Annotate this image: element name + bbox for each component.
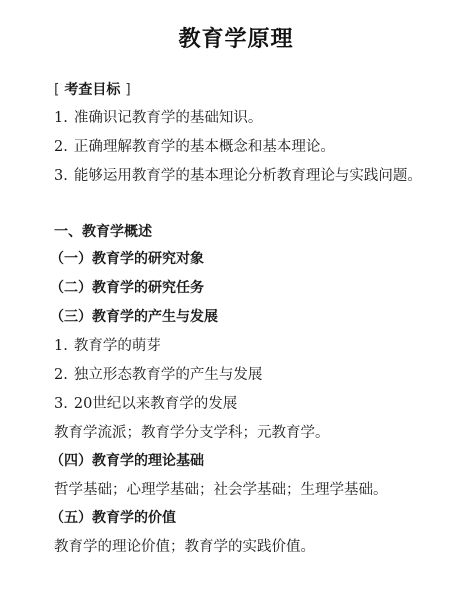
sub-item-number: 2.: [54, 367, 68, 383]
sub-item: 1.教育学的萌芽: [54, 337, 161, 355]
section-heading: （五）教育学的价值: [50, 509, 176, 527]
section-label: （四）: [50, 453, 92, 469]
section-heading: （三）教育学的产生与发展: [50, 308, 218, 326]
sub-item-text: 20世纪以来教育学的发展: [74, 396, 237, 412]
section-heading: （二）教育学的研究任务: [50, 279, 204, 297]
sub-item: 3.20世纪以来教育学的发展: [54, 395, 237, 413]
objective-item: 2.正确理解教育学的基本概念和基本理论。: [54, 138, 335, 156]
sub-item-text: 独立形态教育学的产生与发展: [74, 367, 263, 383]
section-heading: （一）教育学的研究对象: [50, 250, 204, 268]
objective-number: 2.: [54, 139, 68, 155]
value-note: 教育学的理论价值；教育学的实践价值。: [54, 538, 315, 556]
section-label: （五）: [50, 510, 92, 526]
objective-number: 3.: [54, 168, 68, 184]
objective-number: 1.: [54, 110, 68, 126]
section-label: （二）: [50, 280, 92, 296]
objective-text: 准确识记教育学的基础知识。: [74, 110, 263, 126]
section-label: （三）: [50, 309, 92, 325]
section-heading: （四）教育学的理论基础: [50, 452, 204, 470]
bracket-open: [: [54, 82, 59, 98]
objective-item: 1.准确识记教育学的基础知识。: [54, 109, 262, 127]
page-title: 教育学原理: [0, 22, 472, 53]
sub-item-text: 教育学的萌芽: [74, 338, 161, 354]
section-title: 教育学的价值: [92, 510, 176, 526]
sub-item-number: 3.: [54, 396, 68, 412]
section-title: 教育学的理论基础: [92, 453, 204, 469]
section-title: 教育学的研究对象: [92, 251, 204, 267]
chapter-heading: 一、教育学概述: [54, 223, 152, 241]
foundations-note: 哲学基础；心理学基础；社会学基础；生理学基础。: [54, 481, 388, 499]
objective-text: 正确理解教育学的基本概念和基本理论。: [74, 139, 335, 155]
objectives-heading: [ 考查目标 ]: [54, 81, 131, 99]
bracket-close: ]: [125, 82, 130, 98]
section-title: 教育学的产生与发展: [92, 309, 218, 325]
objective-item: 3.能够运用教育学的基本理论分析教育理论与实践问题。: [54, 167, 422, 185]
sub-item: 2.独立形态教育学的产生与发展: [54, 366, 262, 384]
section-label: （一）: [50, 251, 92, 267]
objective-text: 能够运用教育学的基本理论分析教育理论与实践问题。: [74, 168, 422, 184]
objectives-heading-text: 考查目标: [64, 82, 120, 98]
sub-item-number: 1.: [54, 338, 68, 354]
development-note: 教育学流派；教育学分支学科；元教育学。: [54, 424, 330, 442]
section-title: 教育学的研究任务: [92, 280, 204, 296]
